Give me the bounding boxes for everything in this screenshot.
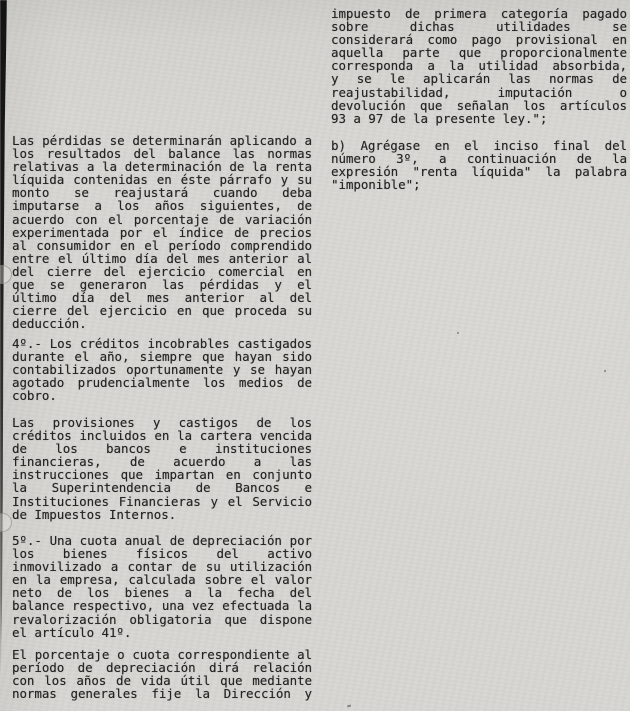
text-line: la Superintendencia de Bancos e: [12, 481, 312, 494]
paragraph-porcentaje: El porcentaje o cuota correspondiente al…: [12, 648, 312, 700]
hole-punch-mark: [0, 513, 12, 532]
hole-punch-mark: [0, 265, 12, 284]
document-page: Las pérdidas se determinarán aplicando a…: [0, 0, 630, 711]
text-line: balance respectivo, una vez efectuada la: [12, 599, 312, 612]
text-line: y se le aplicarán las normas de: [331, 72, 627, 85]
text-line: acuerdo con el porcentaje de variación: [12, 213, 312, 226]
text-line: entre el último día del mes anterior al: [12, 252, 312, 265]
text-line: al consumidor en el período comprendido: [12, 239, 312, 252]
text-line: normas generales fije la Dirección y: [12, 687, 312, 700]
paragraph-numero-5: 5º.- Una cuota anual de depreciación por…: [12, 534, 312, 639]
right-text-column: impuesto de primera categoría pagadosobr…: [331, 0, 627, 711]
text-line: agotado prudencialmente los medios de: [12, 376, 312, 389]
text-line: Instituciones Financieras y el Servicio: [12, 495, 312, 508]
text-line: 93 a 97 de la presente ley.";: [331, 112, 627, 125]
text-line: cobro.: [12, 389, 312, 402]
paragraph-provisiones: Las provisiones y castigos de loscrédito…: [12, 416, 312, 521]
paragraph-impuesto: impuesto de primera categoría pagadosobr…: [331, 7, 627, 125]
paragraph-numero-4: 4º.- Los créditos incobrables castigados…: [12, 337, 312, 402]
left-text-column: Las pérdidas se determinarán aplicando a…: [12, 0, 312, 711]
text-line: de Impuestos Internos.: [12, 508, 312, 521]
text-line: imputarse a los años siguientes, de: [12, 199, 312, 212]
text-line: devolución que señalan los artículos: [331, 99, 627, 112]
text-line: deducción.: [12, 317, 312, 330]
text-line: reajustabilidad, imputación o: [331, 86, 627, 99]
paragraph-perdidas: Las pérdidas se determinarán aplicando a…: [12, 134, 312, 330]
text-line: "imponible";: [331, 178, 627, 191]
paragraph-letra-b: b) Agrégase en el inciso final delnúmero…: [331, 139, 627, 191]
text-line: experimentada por el índice de precios: [12, 226, 312, 239]
scan-edge-shadow: [0, 0, 7, 700]
text-line: el artículo 41º.: [12, 626, 312, 639]
text-line: revalorización obligatoria que dispone: [12, 613, 312, 626]
